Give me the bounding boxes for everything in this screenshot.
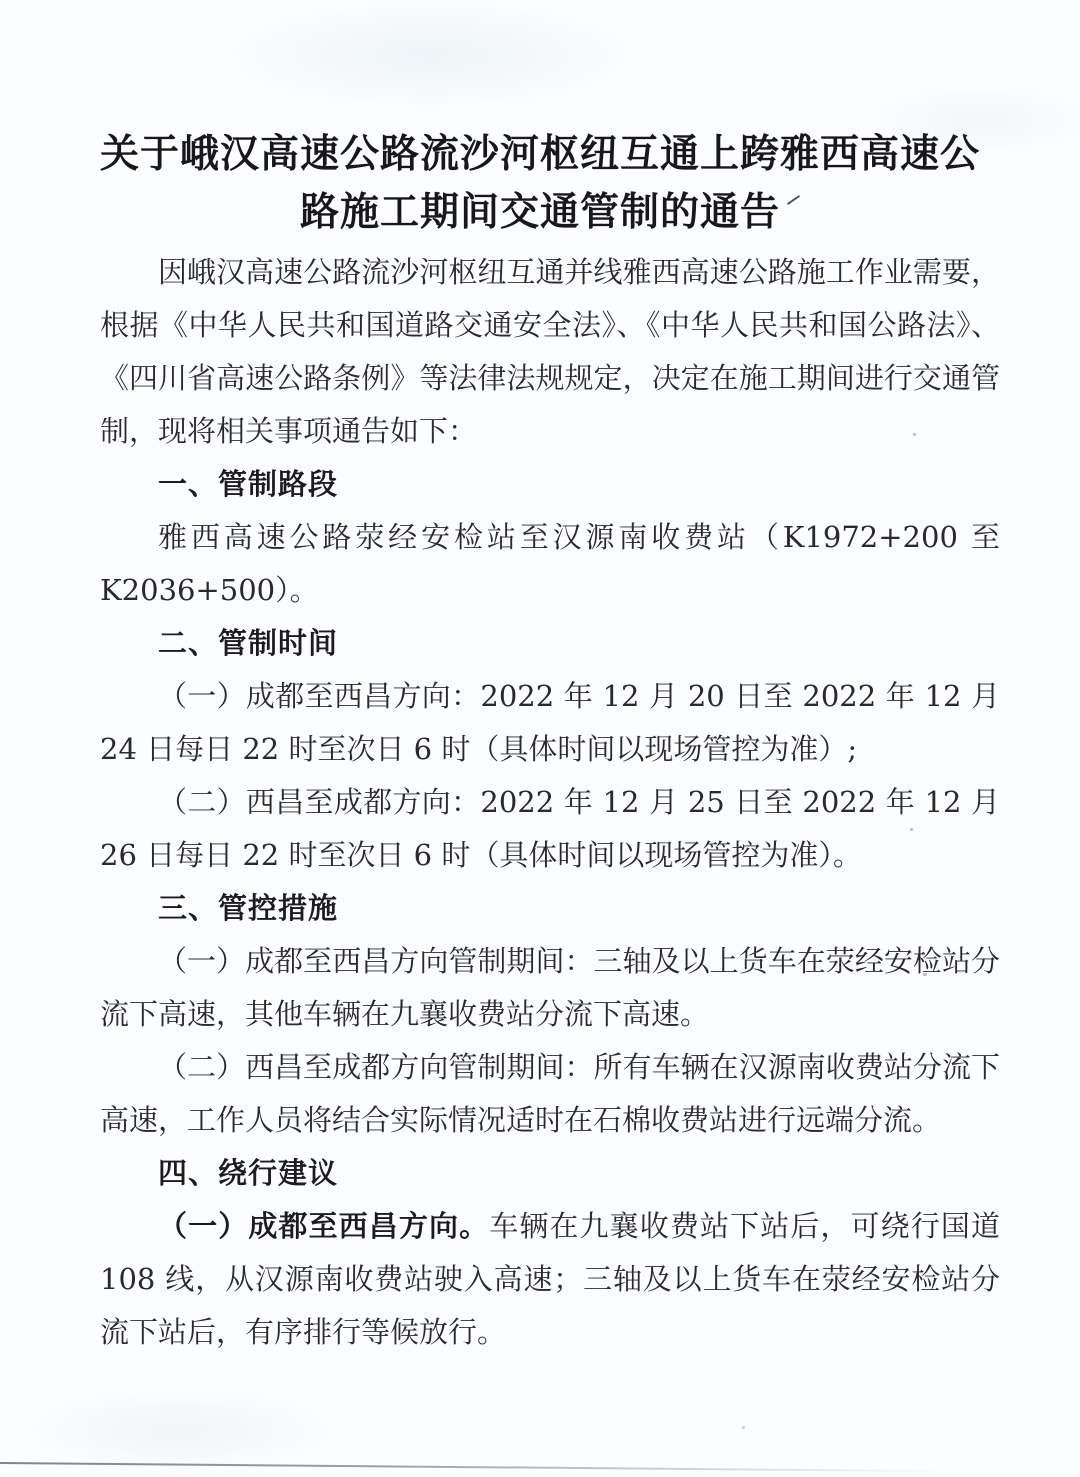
controlled-road-paragraph: 雅西高速公路荥经安检站至汉源南收费站（K1972+200 至 K2036+500… [100,511,1000,617]
scan-speck-artifact [913,433,916,436]
section-heading-detour-advice: 四、绕行建议 [100,1147,1000,1200]
scan-speck-artifact [910,828,913,831]
detour-advice-lead: （一）成都至西昌方向。 [158,1209,489,1243]
control-time-paragraph-1: （一）成都至西昌方向：2022 年 12 月 20 日至 2022 年 12 月… [100,670,1000,776]
section-heading-controlled-road: 一、管制路段 [100,458,1000,511]
page-edge-artifact [0,1462,945,1472]
document-title-line-2: 路施工期间交通管制的通告 [0,184,1080,242]
control-measures-paragraph-2: （二）西昌至成都方向管制期间：所有车辆在汉源南收费站分流下高速，工作人员将结合实… [100,1041,1000,1147]
section-heading-control-measures: 三、管控措施 [100,882,1000,935]
intro-paragraph: 因峨汉高速公路流沙河枢纽互通并线雅西高速公路施工作业需要，根据《中华人民共和国道… [100,246,1000,458]
control-time-paragraph-2: （二）西昌至成都方向：2022 年 12 月 25 日至 2022 年 12 月… [100,776,1000,882]
section-heading-control-time: 二、管制时间 [100,617,1000,670]
document-title: 关于峨汉高速公路流沙河枢纽互通上跨雅西高速公 路施工期间交通管制的通告 [0,126,1080,242]
scan-speck-artifact [923,973,927,976]
document-title-line-1: 关于峨汉高速公路流沙河枢纽互通上跨雅西高速公 [0,126,1080,184]
document-page: 关于峨汉高速公路流沙河枢纽互通上跨雅西高速公 路施工期间交通管制的通告 因峨汉高… [0,0,1080,1477]
scan-speck-artifact [742,1426,745,1429]
detour-advice-paragraph: （一）成都至西昌方向。车辆在九襄收费站下站后，可绕行国道 108 线，从汉源南收… [100,1200,1000,1359]
document-body: 因峨汉高速公路流沙河枢纽互通并线雅西高速公路施工作业需要，根据《中华人民共和国道… [100,246,1000,1359]
control-measures-paragraph-1: （一）成都至西昌方向管制期间：三轴及以上货车在荥经安检站分流下高速，其他车辆在九… [100,935,1000,1041]
